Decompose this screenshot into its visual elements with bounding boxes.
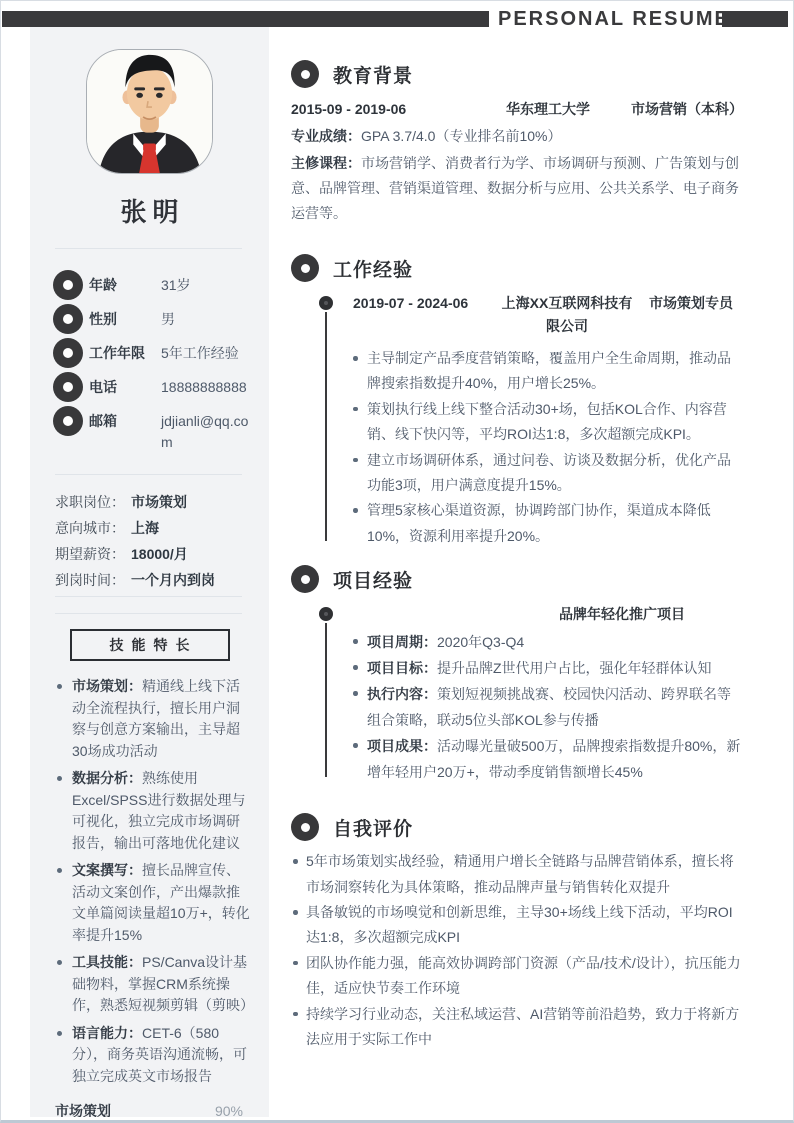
bullet-item: 管理5家核心渠道资源，协调跨部门协作，渠道成本降低10%，资源利用率提升20%。 xyxy=(353,498,743,549)
bullet-dot-icon xyxy=(353,356,358,361)
bullet-item: 具备敏锐的市场嗅觉和创新思维，主导30+场线上线下活动，平均ROI达1:8，多次… xyxy=(291,900,743,951)
bullet-dot-icon xyxy=(353,458,358,463)
education-major: 市场营销（本科） xyxy=(615,99,743,119)
record-dot-icon xyxy=(53,372,83,402)
timeline-dot-icon xyxy=(319,607,333,621)
work-period: 2019-07 - 2024-06 xyxy=(353,292,501,338)
project-period-spacer xyxy=(353,603,501,625)
section-title: 项目经验 xyxy=(333,566,413,593)
work-entry: 2019-07 - 2024-06 上海XX互联网科技有限公司 市场策划专员 主… xyxy=(291,292,743,549)
banner-bar-left xyxy=(2,11,489,27)
bullet-item: 项目周期：2020年Q3-Q4 xyxy=(353,629,743,655)
project-bullet-list: 项目周期：2020年Q3-Q4 项目目标：提升品牌Z世代用户占比，强化年轻群体认… xyxy=(353,629,743,785)
section-target-icon xyxy=(291,813,319,841)
education-school: 华东理工大学 xyxy=(481,99,615,119)
skills-section-title: 技能特长 xyxy=(70,629,230,661)
info-row-email: 邮箱 jdjianli@qq.com xyxy=(30,406,269,453)
skill-bar-label: 市场策划 xyxy=(55,1101,111,1117)
avatar-illustration xyxy=(87,50,212,173)
education-period: 2015-09 - 2019-06 xyxy=(291,99,481,119)
bullet-dot-icon xyxy=(57,684,62,689)
divider xyxy=(55,596,242,597)
work-company: 上海XX互联网科技有限公司 xyxy=(501,292,633,338)
education-row: 2015-09 - 2019-06 华东理工大学 市场营销（本科） xyxy=(291,99,743,119)
intent-row-city: 意向城市： 上海 xyxy=(55,518,247,538)
bullet-item: 策划执行线上线下整合活动30+场，包括KOL合作、内容营销、线下快闪等，平均RO… xyxy=(353,397,743,448)
skill-bar-percent: 90% xyxy=(215,1101,243,1117)
divider xyxy=(55,474,242,475)
bullet-dot-icon xyxy=(293,1012,298,1017)
bullet-item: 团队协作能力强，能高效协调跨部门资源（产品/技术/设计），抗压能力佳，适应快节奏… xyxy=(291,951,743,1002)
bullet-dot-icon xyxy=(353,508,358,513)
section-self-evaluation: 自我评价 5年市场策划实战经验，精通用户增长全链路与品牌营销体系，擅长将市场洞察… xyxy=(291,813,743,1052)
skill-item: 工具技能：PS/Canva设计基础物料，掌握CRM系统操作，熟悉短视频剪辑（剪映… xyxy=(55,952,251,1017)
bullet-item: 项目成果：活动曝光量破500万，品牌搜索指数提升80%，新增年轻用户20万+，带… xyxy=(353,733,743,785)
section-target-icon xyxy=(291,60,319,88)
bullet-item: 执行内容：策划短视频挑战赛、校园快闪活动、跨界联名等组合策略，联动5位头部KOL… xyxy=(353,681,743,733)
candidate-name: 张明 xyxy=(30,195,269,229)
work-bullet-list: 主导制定产品季度营销策略，覆盖用户全生命周期，推动品牌搜索指数提升40%，用户增… xyxy=(353,346,743,549)
info-row-phone: 电话 18888888888 xyxy=(30,372,269,402)
bullet-dot-icon xyxy=(57,1031,62,1036)
self-evaluation-list: 5年市场策划实战经验，精通用户增长全链路与品牌营销体系，擅长将市场洞察转化为具体… xyxy=(291,849,743,1052)
timeline-line xyxy=(325,623,327,777)
bullet-dot-icon xyxy=(293,961,298,966)
info-row-experience: 工作年限 5年工作经验 xyxy=(30,338,269,368)
project-header-row: 品牌年轻化推广项目 xyxy=(353,603,743,625)
info-row-age: 年龄 31岁 xyxy=(30,270,269,300)
section-target-icon xyxy=(291,254,319,282)
main-content: 教育背景 2015-09 - 2019-06 华东理工大学 市场营销（本科） 专… xyxy=(269,27,792,1053)
skill-item: 语言能力：CET-6（580分），商务英语沟通流畅，可独立完成英文市场报告 xyxy=(55,1023,251,1088)
skill-item: 数据分析：熟练使用Excel/SPSS进行数据处理与可视化，独立完成市场调研报告… xyxy=(55,768,251,854)
bullet-dot-icon xyxy=(353,639,358,644)
section-header: 自我评价 xyxy=(291,813,743,841)
education-gpa: 专业成绩：GPA 3.7/4.0（专业排名前10%） xyxy=(291,126,743,146)
work-header-row: 2019-07 - 2024-06 上海XX互联网科技有限公司 市场策划专员 xyxy=(353,292,743,338)
section-title: 教育背景 xyxy=(333,61,413,88)
bullet-dot-icon xyxy=(57,776,62,781)
bullet-dot-icon xyxy=(353,665,358,670)
record-dot-icon xyxy=(53,406,83,436)
job-intent-list: 求职岗位： 市场策划 意向城市： 上海 期望薪资： 18000/月 到岗时间： … xyxy=(30,492,269,590)
section-education: 教育背景 2015-09 - 2019-06 华东理工大学 市场营销（本科） 专… xyxy=(291,60,743,226)
section-work: 工作经验 2019-07 - 2024-06 上海XX互联网科技有限公司 市场策… xyxy=(291,254,743,549)
intent-row-salary: 期望薪资： 18000/月 xyxy=(55,544,247,564)
record-dot-icon xyxy=(53,270,83,300)
bullet-dot-icon xyxy=(57,960,62,965)
bullet-item: 5年市场策划实战经验，精通用户增长全链路与品牌营销体系，擅长将市场洞察转化为具体… xyxy=(291,849,743,900)
skill-item: 市场策划：精通线上线下活动全流程执行，擅长用户洞察与创意方案输出，主导超30场成… xyxy=(55,676,251,762)
work-role: 市场策划专员 xyxy=(633,292,743,338)
project-name: 品牌年轻化推广项目 xyxy=(501,603,743,625)
section-title: 工作经验 xyxy=(333,255,413,282)
bullet-dot-icon xyxy=(353,691,358,696)
intent-row-availability: 到岗时间： 一个月内到岗 xyxy=(55,570,247,590)
skill-bar-row: 市场策划 90% xyxy=(30,1101,269,1117)
timeline-line xyxy=(325,312,327,541)
section-target-icon xyxy=(291,565,319,593)
sidebar: 张明 年龄 31岁 性别 男 工作年限 5年工作经验 电话 1888888888 xyxy=(30,27,269,1117)
bullet-item: 项目目标：提升品牌Z世代用户占比，强化年轻群体认知 xyxy=(353,655,743,681)
education-courses: 主修课程：市场营销学、消费者行为学、市场调研与预测、广告策划与创意、品牌管理、营… xyxy=(291,151,743,226)
resume-page: PERSONAL RESUME xyxy=(0,0,794,1123)
section-header: 工作经验 xyxy=(291,254,743,282)
record-dot-icon xyxy=(53,304,83,334)
bullet-dot-icon xyxy=(293,859,298,864)
banner-bar-right xyxy=(722,11,788,27)
section-header: 教育背景 xyxy=(291,60,743,88)
skills-list: 市场策划：精通线上线下活动全流程执行，擅长用户洞察与创意方案输出，主导超30场成… xyxy=(55,676,251,1087)
bullet-item: 主导制定产品季度营销策略，覆盖用户全生命周期，推动品牌搜索指数提升40%，用户增… xyxy=(353,346,743,397)
intent-row-position: 求职岗位： 市场策划 xyxy=(55,492,247,512)
personal-info-list: 年龄 31岁 性别 男 工作年限 5年工作经验 电话 18888888888 邮… xyxy=(30,270,269,453)
bullet-dot-icon xyxy=(293,910,298,915)
skill-item: 文案撰写：擅长品牌宣传、活动文案创作，产出爆款推文单篇阅读量超10万+，转化率提… xyxy=(55,860,251,946)
avatar xyxy=(86,49,213,174)
divider xyxy=(55,248,242,249)
timeline-dot-icon xyxy=(319,296,333,310)
bullet-item: 建立市场调研体系，通过问卷、访谈及数据分析，优化产品功能3项，用户满意度提升15… xyxy=(353,448,743,499)
bullet-dot-icon xyxy=(353,743,358,748)
bullet-item: 持续学习行业动态，关注私域运营、AI营销等前沿趋势，致力于将新方法应用于实际工作… xyxy=(291,1002,743,1053)
bullet-dot-icon xyxy=(57,868,62,873)
bullet-dot-icon xyxy=(353,407,358,412)
info-row-gender: 性别 男 xyxy=(30,304,269,334)
section-header: 项目经验 xyxy=(291,565,743,593)
project-entry: 品牌年轻化推广项目 项目周期：2020年Q3-Q4 项目目标：提升品牌Z世代用户… xyxy=(291,603,743,785)
section-project: 项目经验 品牌年轻化推广项目 项目周期：2020年Q3-Q4 项目目标：提升品牌… xyxy=(291,565,743,785)
record-dot-icon xyxy=(53,338,83,368)
section-title: 自我评价 xyxy=(333,814,413,841)
divider xyxy=(55,613,242,614)
